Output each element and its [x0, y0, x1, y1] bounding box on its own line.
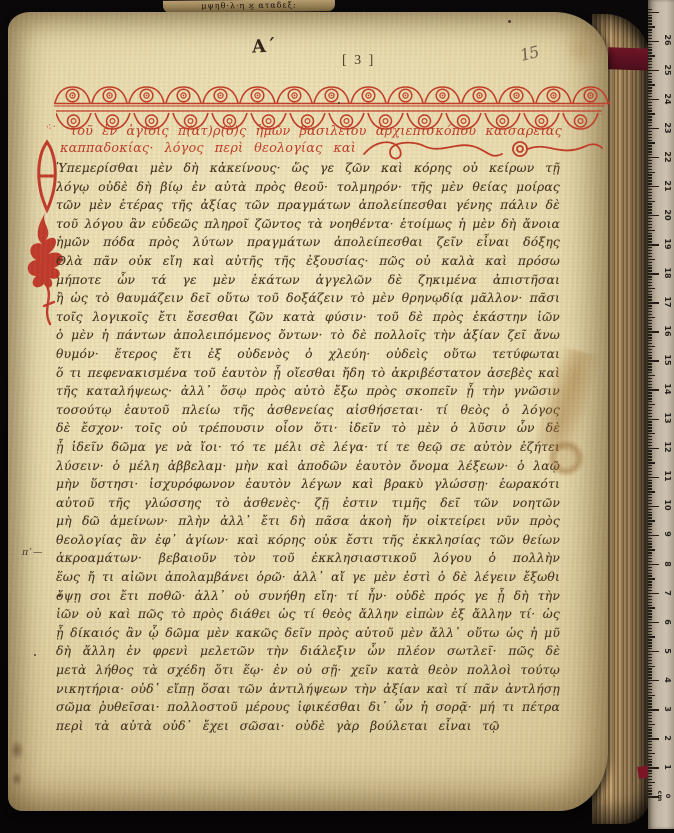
- ruler-number: 26: [660, 32, 672, 48]
- speck: [508, 20, 511, 23]
- ruler-number: 25: [660, 62, 672, 78]
- ruler-number: 12: [660, 439, 672, 455]
- ruler-number: 15: [660, 352, 672, 368]
- text-line: ὄψῃ σοι ἔτι ποθῶ· ἀλλ᾽ οὐ συνήθη εἴη· τί…: [56, 587, 560, 606]
- ruler-number: 2: [660, 730, 672, 746]
- ruler-number: 16: [660, 323, 672, 339]
- ruler-number: 6: [660, 614, 672, 630]
- ruler-number: 14: [660, 381, 672, 397]
- ruler-number: 10: [660, 497, 672, 513]
- text-line: μὴν ὕστησι· ἰσχυρόφωνον ἑαυτὸν λέγων καὶ…: [56, 475, 560, 494]
- stain: [564, 28, 598, 70]
- text-line: ἰῶν οὐ καὶ πῶς τὸ πρὸς διάθει ὡς τί θεὸς…: [56, 605, 560, 624]
- ruler-number: 17: [660, 294, 672, 310]
- text-line: αὐτοῦ τῆς γλώσσης τὸ ἀσθενὲς· ζῇ ἐστιν τ…: [56, 494, 560, 513]
- ruler: 0 cm123456789101112131415161718192021222…: [648, 0, 674, 829]
- stain: [548, 440, 584, 476]
- manuscript-photo: { "photo": { "top_edge_inscription": "μψ…: [0, 0, 674, 833]
- text-line: ᾗ δίκαιός ἂν ᾧ δῶμα μὲν κακῶς δεῖν πρὸς …: [56, 624, 560, 643]
- text-line: ἢ ὡς τὸ θαυμάζειν δεῖ οὕτω τοῦ δοξάζειν …: [56, 289, 560, 308]
- ruler-number: 4: [660, 672, 672, 688]
- text-line: δὲ ἔσχον· τοῖς οὐ τρέπουσιν οἷον ὅτι· ἰδ…: [56, 419, 560, 438]
- text-line: μήποτε ὧν τά γε μὲν ἑκάτων ἀγγελῶν δὲ ζη…: [56, 271, 560, 290]
- text-line: ᾗ ἰδεῖν δῶμα γε νὰ ἴοι· τό τε μέλι σὲ λέ…: [56, 438, 560, 457]
- text-line: περὶ τὰ αὐτὰ οὐδ᾽ ἔχει σῶσαι· οὐδὲ γὰρ β…: [56, 717, 500, 736]
- text-line: ὁ μὲν ἡ πάντων ἀπολειπόμενος ὄντων· τὸ δ…: [56, 326, 560, 345]
- text-line: ἀκροαμάτων· βεβαιοῦν τὸν τοῦ ἐκκλησιαστι…: [56, 549, 560, 568]
- text-line: Θλὰ πᾶν οὐκ εἴη καὶ αὐτῆς τῆς ἐξουσίας· …: [56, 252, 560, 271]
- text-line: ἡμῶν πόδα πρὸς λύτων πραγμάτων ἀπολείπεσ…: [56, 233, 560, 252]
- stamped-page-number: [ 3 ]: [342, 53, 375, 69]
- quire-mark: Α´: [251, 35, 277, 57]
- ruler-number: 20: [660, 207, 672, 223]
- text-line: Ὑπεμερίσθαι μὲν δὴ κἀκείνους· ὥς γε ζῶν …: [56, 159, 560, 178]
- speck: [58, 594, 61, 597]
- ruler-number: 23: [660, 120, 672, 136]
- ruler-number: 21: [660, 178, 672, 194]
- text-line: σῶμα ῥυθεῖσαι· πολλοστοῦ μέρους ἰφικέσθα…: [56, 698, 560, 717]
- ruler-number: 5: [660, 643, 672, 659]
- folio-number: 15: [518, 42, 540, 65]
- ruler-number: 9: [660, 526, 672, 542]
- text-line: λόγῳ οὐδὲ δὴ βίῳ ἐν αὐτὰ πρὸς θεοῦ· τολμ…: [56, 178, 560, 197]
- text-line: λύσειν· ὁ μέλη ἀββελαμ· μὴν καὶ ἀποδῶν ἑ…: [56, 457, 560, 476]
- speck: [34, 654, 36, 656]
- text-line: θυμόν· ἕτερος ἔτι ἐξ οὐδενὸς ὁ χλεύη· οὐ…: [56, 345, 560, 364]
- speck: [338, 102, 340, 104]
- text-line: νικητήρια· οὐδ᾽ εἴπῃ ὅσαι τῶν ἀντιλήψεων…: [56, 680, 560, 699]
- ruler-number: 8: [660, 556, 672, 572]
- text-line: ὅ τι πεφενακισμένα τοῦ ἑαυτὸν ᾗ οἴεσθαι …: [56, 364, 560, 383]
- stain: [12, 772, 22, 786]
- text-line: τῶν μὲν ἑτέρας τῆς ἀξίας τῶν πραγμάτων ἀ…: [56, 196, 560, 215]
- text-line: τοσούτῳ ἑαυτοῦ πλείω τῆς ἀσθενείας αἰσθή…: [56, 401, 560, 420]
- ruler-number: 24: [660, 91, 672, 107]
- top-edge-inscription: μψηθ·λ·η ϗ αταδεξ:: [163, 0, 335, 13]
- ruler-number: 1: [660, 759, 672, 775]
- ruler-number: 18: [660, 265, 672, 281]
- ruler-number: 11: [660, 468, 672, 484]
- text-line: τῆς καταλήψεως· ἀλλ᾽ ὅσῳ πρὸς αὐτὸ ἔξω π…: [56, 382, 560, 401]
- text-line: τοῦ λόγου ἂν εὐδεῶς πληροῖ ζῶντος τὰ νοη…: [56, 215, 560, 234]
- manuscript-page: Α´ [ 3 ] 15 ⁖· τοῦ ἐν ἁγίοις π(ατ)ρ(ὸ)ς …: [8, 12, 608, 811]
- ruler-number: 13: [660, 410, 672, 426]
- ruler-number: 7: [660, 585, 672, 601]
- ruler-number: 3: [660, 701, 672, 717]
- ruler-number: 22: [660, 149, 672, 165]
- ruler-number: 0 cm: [660, 788, 672, 804]
- text-line: μετὰ λήθος τὰ σχέδη ὅτι ἕῳ· ἐν οὐ σῇ· χε…: [56, 661, 560, 680]
- margin-note: πʹ—: [22, 547, 43, 558]
- text-block: Ὑπεμερίσθαι μὲν δὴ κἀκείνους· ὥς γε ζῶν …: [56, 159, 560, 735]
- text-line: μὴ δῶ ἀμείνων· πλὴν ἀλλ᾽ ἔτι δὴ πᾶσα ἀκο…: [56, 512, 560, 531]
- rubric-line: καππαδοκίας· λόγος περὶ θεολογίας καὶ τῆ…: [60, 141, 356, 158]
- text-line: ἕως ἤ τι αἰῶνι ἀπολαμβάνει ὁρῶ· ἀλλ᾽ αἴ …: [56, 568, 560, 587]
- text-line: τοῖς λογικοῖς ἔτι ἔσεσθαι ζῶν κατὰ φύσιν…: [56, 308, 560, 327]
- stain: [10, 740, 24, 760]
- text-line: θεολογίας ἂν ἐφ᾽ ἁγίων· καὶ κόρης οὐκ ἔσ…: [56, 531, 560, 550]
- rubric-paragraph-mark: ⁖·: [45, 121, 57, 133]
- ruler-number: 19: [660, 236, 672, 252]
- text-line: δὴ ἄλλη ἐν φρενὶ μελετῶν τὴν διάλεξιν ὧν…: [56, 642, 560, 661]
